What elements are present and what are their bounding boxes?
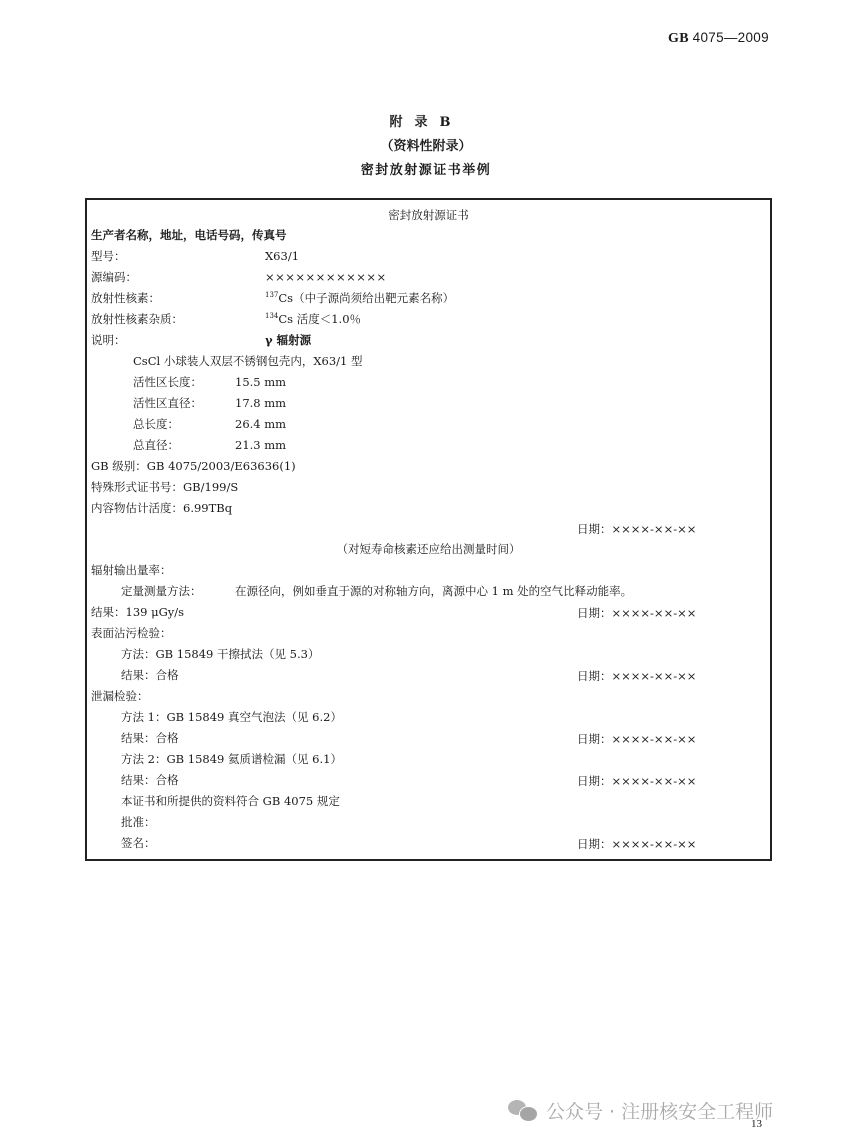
model-value: X63/1: [265, 249, 299, 263]
dim-label: 总长度：: [133, 417, 179, 431]
code-label: 源编码：: [91, 270, 137, 284]
dim-value: 17.8 mm: [235, 396, 286, 410]
leak-method2: 方法 2：GB 15849 氦质谱检漏（见 6.1）: [121, 752, 342, 766]
dim-label: 活性区长度：: [133, 375, 202, 389]
date-field: 日期：××××-××-××: [577, 731, 696, 747]
certificate-box: 密封放射源证书 生产者名称，地址，电话号码，传真号 型号： X63/1 源编码：…: [85, 198, 772, 861]
desc-value: γ 辐射源: [265, 333, 311, 347]
dim-value: 15.5 mm: [235, 375, 286, 389]
dim-label: 活性区直径：: [133, 396, 202, 410]
dim-value: 26.4 mm: [235, 417, 286, 431]
appendix-type: （资料性附录）: [0, 135, 852, 154]
watermark: 公众号 · 注册核安全工程师: [508, 1097, 773, 1124]
impurity-value: 134Cs 活度＜1.0％: [265, 312, 361, 326]
date-field: 日期：××××-××-××: [577, 668, 696, 684]
nuclide-mass: 137: [265, 291, 278, 299]
leak-label: 泄漏检验：: [91, 689, 149, 703]
certificate-title: 密封放射源证书: [87, 208, 770, 222]
dim-label: 总直径：: [133, 438, 179, 452]
leak-method1: 方法 1：GB 15849 真空气泡法（见 6.2）: [121, 710, 342, 724]
date-field: 日期：××××-××-××: [577, 521, 696, 537]
desc-detail: CsCl 小球装人双层不锈钢包壳内，X63/1 型: [133, 354, 363, 368]
wechat-icon: [508, 1100, 538, 1122]
date-field: 日期：××××-××-××: [577, 773, 696, 789]
method-label: 定量测量方法：: [121, 584, 202, 598]
short-life-note: （对短寿命核素还应给出测量时间）: [87, 542, 770, 556]
gb-class: GB 级别：GB 4075/2003/E63636(1): [91, 459, 296, 473]
nuclide-label: 放射性核素：: [91, 291, 160, 305]
appendix-name: 密封放射源证书举例: [0, 159, 852, 178]
output-rate-label: 辐射输出量率：: [91, 563, 172, 577]
method-value: 在源径向，例如垂直于源的对称轴方向，离源中心 1 m 处的空气比释动能率。: [235, 584, 632, 598]
dim-value: 21.3 mm: [235, 438, 286, 452]
surface-result: 结果：合格: [121, 668, 179, 682]
sign-label: 签名：: [121, 836, 156, 850]
impurity-text: Cs 活度＜1.0％: [278, 312, 361, 326]
impurity-mass: 134: [265, 312, 278, 320]
activity: 内容物估计活度：6.99TBq: [91, 501, 232, 515]
nuclide-value: 137Cs（中子源尚须给出靶元素名称）: [265, 291, 454, 305]
model-label: 型号：: [91, 249, 126, 263]
nuclide-text: Cs（中子源尚须给出靶元素名称）: [278, 291, 454, 305]
special-cert: 特殊形式证书号：GB/199/S: [91, 480, 238, 494]
date-field: 日期：××××-××-××: [577, 605, 696, 621]
page-number: 13: [751, 1118, 762, 1130]
leak-result2: 结果：合格: [121, 773, 179, 787]
producer-line: 生产者名称，地址，电话号码，传真号: [91, 228, 287, 242]
leak-result1: 结果：合格: [121, 731, 179, 745]
std-prefix: GB: [668, 31, 689, 46]
surface-method: 方法：GB 15849 干擦拭法（见 5.3）: [121, 647, 319, 661]
output-result: 结果：139 μGy/s: [91, 605, 184, 619]
standard-code: GB 4075—2009: [668, 30, 769, 47]
std-number: 4075—2009: [693, 30, 769, 45]
impurity-label: 放射性核素杂质：: [91, 312, 183, 326]
appendix-title: 附录B: [0, 111, 852, 130]
watermark-text: 公众号 · 注册核安全工程师: [546, 1097, 773, 1124]
date-field: 日期：××××-××-××: [577, 836, 696, 852]
code-value: ××××××××××××: [265, 270, 387, 284]
surface-label: 表面沾污检验：: [91, 626, 172, 640]
compliance: 本证书和所提供的资料符合 GB 4075 规定: [121, 794, 340, 808]
desc-label: 说明：: [91, 333, 126, 347]
approve-label: 批准：: [121, 815, 156, 829]
